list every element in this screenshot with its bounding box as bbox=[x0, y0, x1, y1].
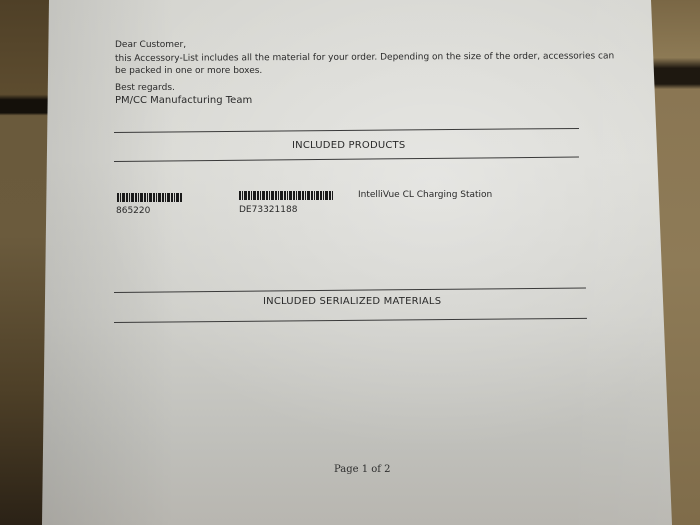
letter-body-line-2: be packed in one or more boxes. bbox=[115, 66, 262, 77]
page-number: Page 1 of 2 bbox=[334, 464, 391, 475]
included-serialized-materials-heading: INCLUDED SERIALIZED MATERIALS bbox=[263, 296, 441, 307]
letter-body-line-1: this Accessory-List includes all the mat… bbox=[115, 51, 614, 65]
part-number: 865220 bbox=[116, 206, 150, 216]
section-divider-top bbox=[114, 128, 579, 133]
product-description: IntelliVue CL Charging Station bbox=[358, 190, 492, 200]
letter-greeting: Dear Customer, bbox=[115, 40, 186, 51]
included-products-heading: INCLUDED PRODUCTS bbox=[292, 140, 405, 151]
section-divider-bottom bbox=[114, 157, 579, 162]
serial-number-barcode bbox=[239, 191, 334, 200]
accessory-list-document: Dear Customer, this Accessory-List inclu… bbox=[0, 0, 700, 525]
serial-number: DE73321188 bbox=[239, 205, 297, 215]
part-number-barcode bbox=[117, 193, 182, 202]
section-divider-top bbox=[114, 287, 586, 293]
letter-closing: Best regards. bbox=[115, 83, 175, 94]
section-divider-bottom bbox=[114, 318, 587, 323]
letter-signature: PM/CC Manufacturing Team bbox=[115, 95, 252, 106]
